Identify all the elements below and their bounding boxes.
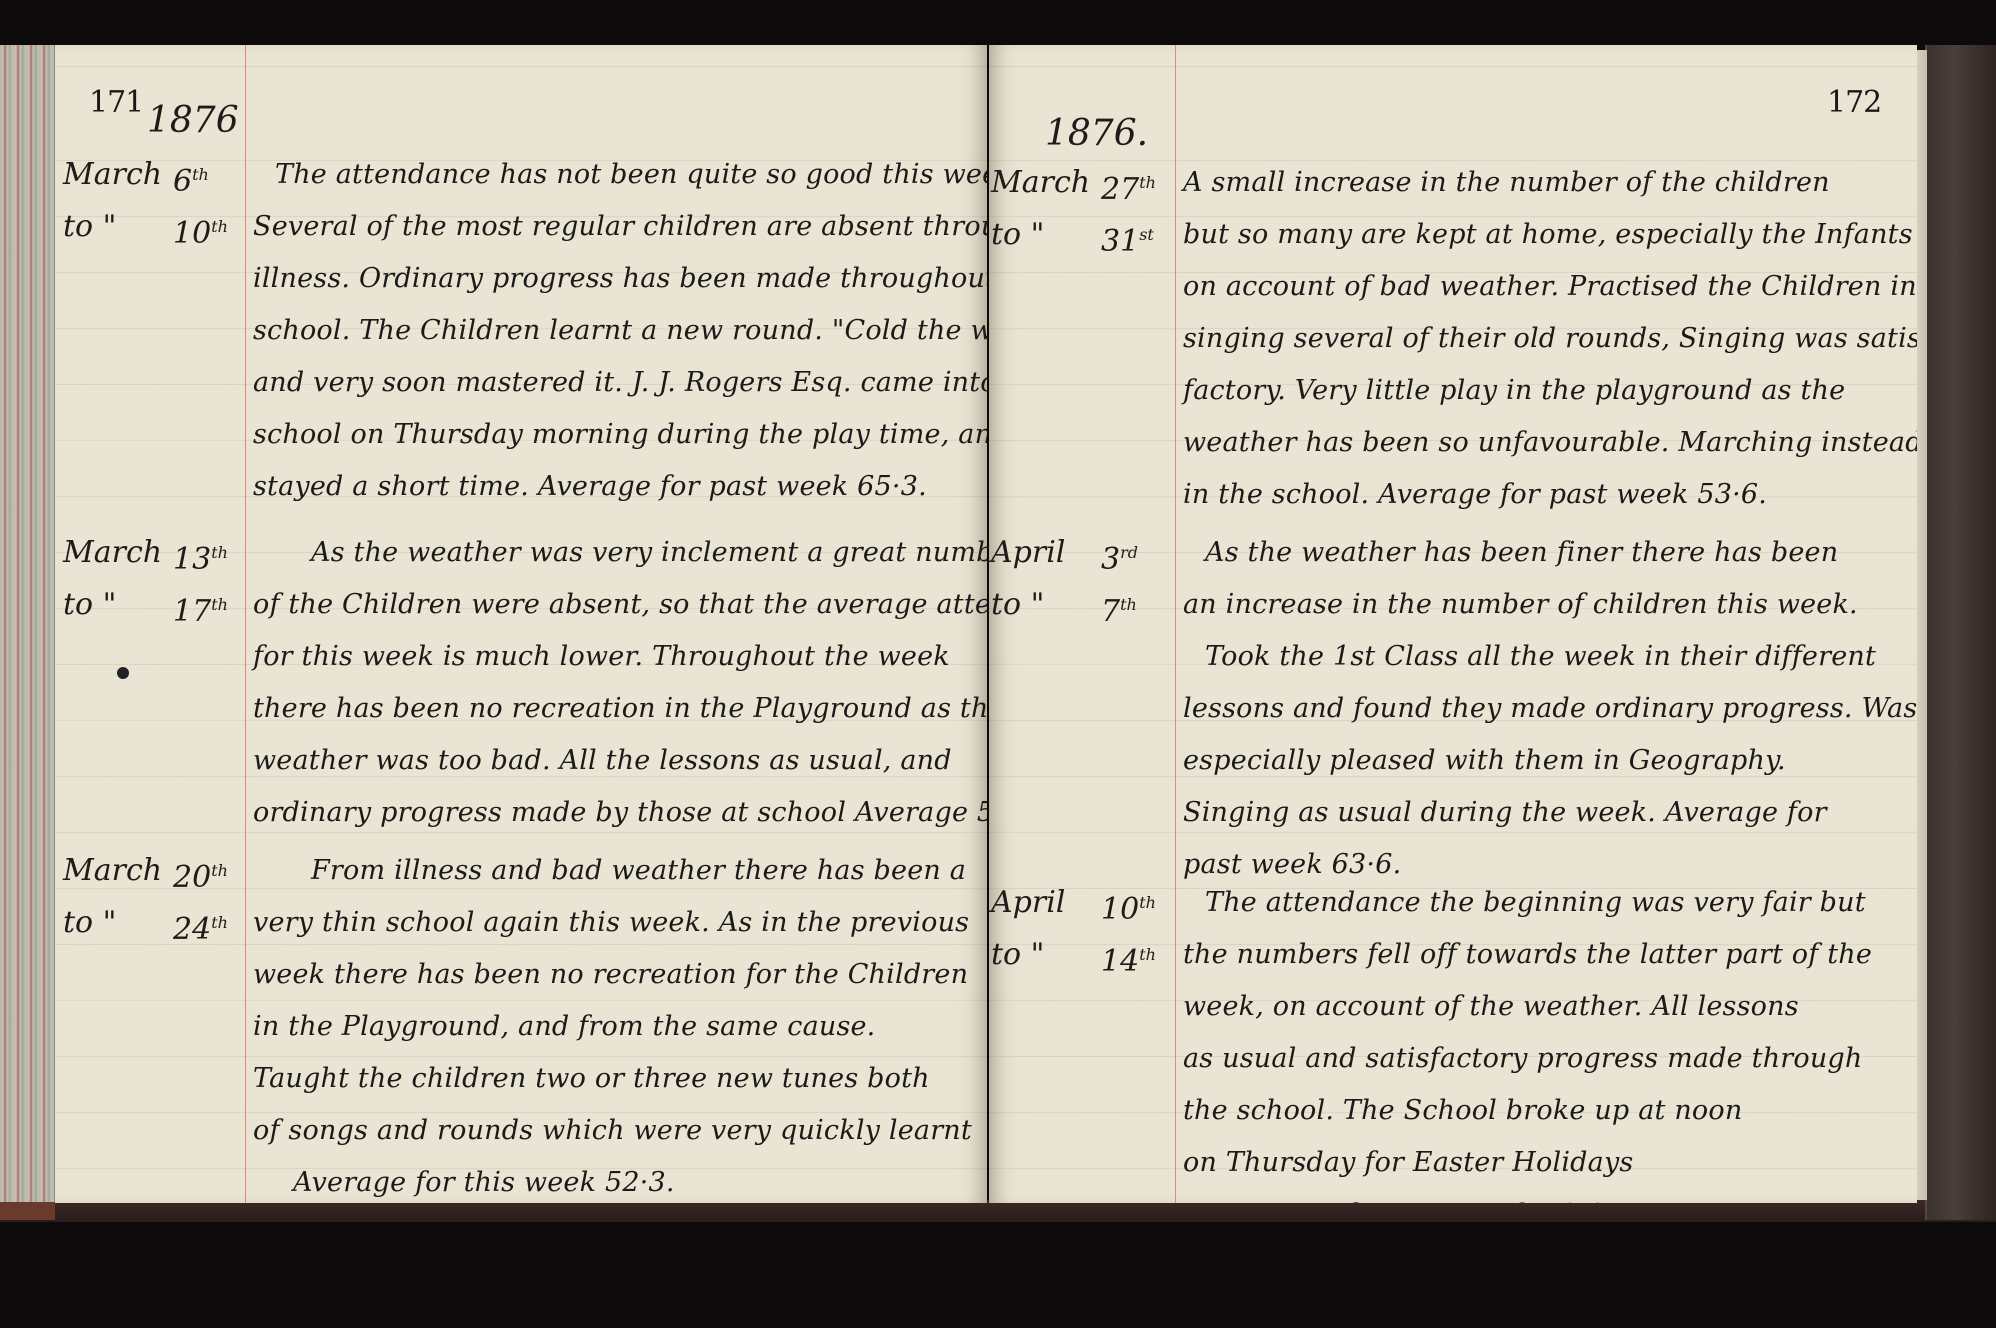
text-line: and very soon mastered it. J. J. Rogers … [253, 357, 969, 409]
page-stack-left-edge [0, 45, 55, 1205]
entry-date-range: March 27th to " 31st [991, 157, 1171, 261]
date-month: March [991, 157, 1090, 209]
text-line: there has been no recreation in the Play… [253, 683, 969, 735]
margin-rule [1175, 45, 1176, 1203]
text-line: week, on account of the weather. All les… [1183, 981, 1903, 1033]
text-line: The attendance the beginning was very fa… [1183, 877, 1903, 929]
date-month: March [63, 149, 162, 201]
entry-date-range: March 20th to " 24th [63, 845, 243, 949]
text-line: in the school. Average for past week 53·… [1183, 469, 1903, 521]
entry-text: The attendance has not been quite so goo… [253, 149, 969, 513]
entry-date-range: March 13th to " 17th [63, 527, 243, 631]
text-line: the school. The School broke up at noon [1183, 1085, 1903, 1137]
entry-date-range: March 6th to " 10th [63, 149, 243, 253]
date-day: 27th [1101, 157, 1156, 216]
text-line: As the weather was very inclement a grea… [253, 527, 969, 579]
text-line: very thin school again this week. As in … [253, 897, 969, 949]
date-day: 10th [1101, 877, 1156, 936]
text-line: lessons and found they made ordinary pro… [1183, 683, 1903, 735]
text-line: The attendance has not been quite so goo… [253, 149, 969, 201]
date-month: April [991, 527, 1065, 579]
text-line: on account of bad weather. Practised the… [1183, 261, 1903, 313]
text-line: an increase in the number of children th… [1183, 579, 1903, 631]
date-to-label: to " [991, 209, 1044, 261]
text-line: week there has been no recreation for th… [253, 949, 969, 1001]
text-line: singing several of their old rounds, Sin… [1183, 313, 1903, 365]
text-line: stayed a short time. Average for past we… [253, 461, 969, 513]
date-day: 14th [1101, 929, 1156, 988]
date-to-label: to " [991, 579, 1044, 631]
right-page: 172 1876. March 27th to " 31st A small i… [989, 45, 1917, 1203]
text-line: especially pleased with them in Geograph… [1183, 735, 1903, 787]
date-day: 13th [173, 527, 228, 586]
entry-text: As the weather was very inclement a grea… [253, 527, 969, 839]
text-line: Taught the children two or three new tun… [253, 1053, 969, 1105]
date-day: 31st [1101, 209, 1154, 268]
ink-blot [117, 667, 129, 679]
text-line: Singing as usual during the week. Averag… [1183, 787, 1903, 839]
page-number: 172 [1827, 85, 1881, 120]
text-line: on Thursday for Easter Holidays [1183, 1137, 1903, 1189]
date-day: 3rd [1101, 527, 1138, 586]
text-line: illness. Ordinary progress has been made… [253, 253, 969, 305]
text-line: Several of the most regular children are… [253, 201, 969, 253]
date-month: March [63, 527, 162, 579]
year-heading: 1876 [147, 100, 239, 141]
entry-text: From illness and bad weather there has b… [253, 845, 969, 1203]
text-line: but so many are kept at home, especially… [1183, 209, 1903, 261]
date-day: 6th [173, 149, 209, 208]
date-to-label: to " [991, 929, 1044, 981]
entry-date-range: April 10th to " 14th [991, 877, 1171, 981]
text-line: the numbers fell off towards the latter … [1183, 929, 1903, 981]
date-day: 20th [173, 845, 228, 904]
entry-date-range: April 3rd to " 7th [991, 527, 1171, 631]
text-line: factory. Very little play in the playgro… [1183, 365, 1903, 417]
date-to-label: to " [63, 897, 116, 949]
date-to-label: to " [63, 201, 116, 253]
left-page: 171 1876 March 6th to " 10th The attenda… [55, 45, 987, 1203]
text-line: A small increase in the number of the ch… [1183, 157, 1903, 209]
text-line: in the Playground, and from the same cau… [253, 1001, 969, 1053]
book-cover-bottom-edge [0, 1200, 1996, 1222]
date-day: 10th [173, 201, 228, 260]
text-line: Took the 1st Class all the week in their… [1183, 631, 1903, 683]
text-line: as usual and satisfactory progress made … [1183, 1033, 1903, 1085]
date-month: April [991, 877, 1065, 929]
text-line: weather was too bad. All the lessons as … [253, 735, 969, 787]
entry-text: A small increase in the number of the ch… [1183, 157, 1903, 521]
date-month: March [63, 845, 162, 897]
text-line: of the Children were absent, so that the… [253, 579, 969, 631]
margin-rule [245, 45, 246, 1203]
text-line: of songs and rounds which were very quic… [253, 1105, 969, 1157]
text-line: weather has been so unfavourable. Marchi… [1183, 417, 1903, 469]
date-to-label: to " [63, 579, 116, 631]
text-line: school. The Children learnt a new round.… [253, 305, 969, 357]
text-line: As the weather has been finer there has … [1183, 527, 1903, 579]
text-line: for this week is much lower. Throughout … [253, 631, 969, 683]
year-heading: 1876. [1045, 113, 1148, 154]
book-cover-right [1925, 45, 1996, 1220]
entry-text: The attendance the beginning was very fa… [1183, 877, 1903, 1203]
entry-text: As the weather has been finer there has … [1183, 527, 1903, 891]
page-number: 171 [89, 85, 143, 120]
text-line: Average for this week 52·3. [253, 1157, 969, 1203]
date-day: 7th [1101, 579, 1137, 638]
date-day: 24th [173, 897, 228, 956]
text-line: Average for past week 59·6. [1183, 1189, 1903, 1203]
text-line: From illness and bad weather there has b… [253, 845, 969, 897]
text-line: ordinary progress made by those at schoo… [253, 787, 969, 839]
date-day: 17th [173, 579, 228, 638]
text-line: school on Thursday morning during the pl… [253, 409, 969, 461]
